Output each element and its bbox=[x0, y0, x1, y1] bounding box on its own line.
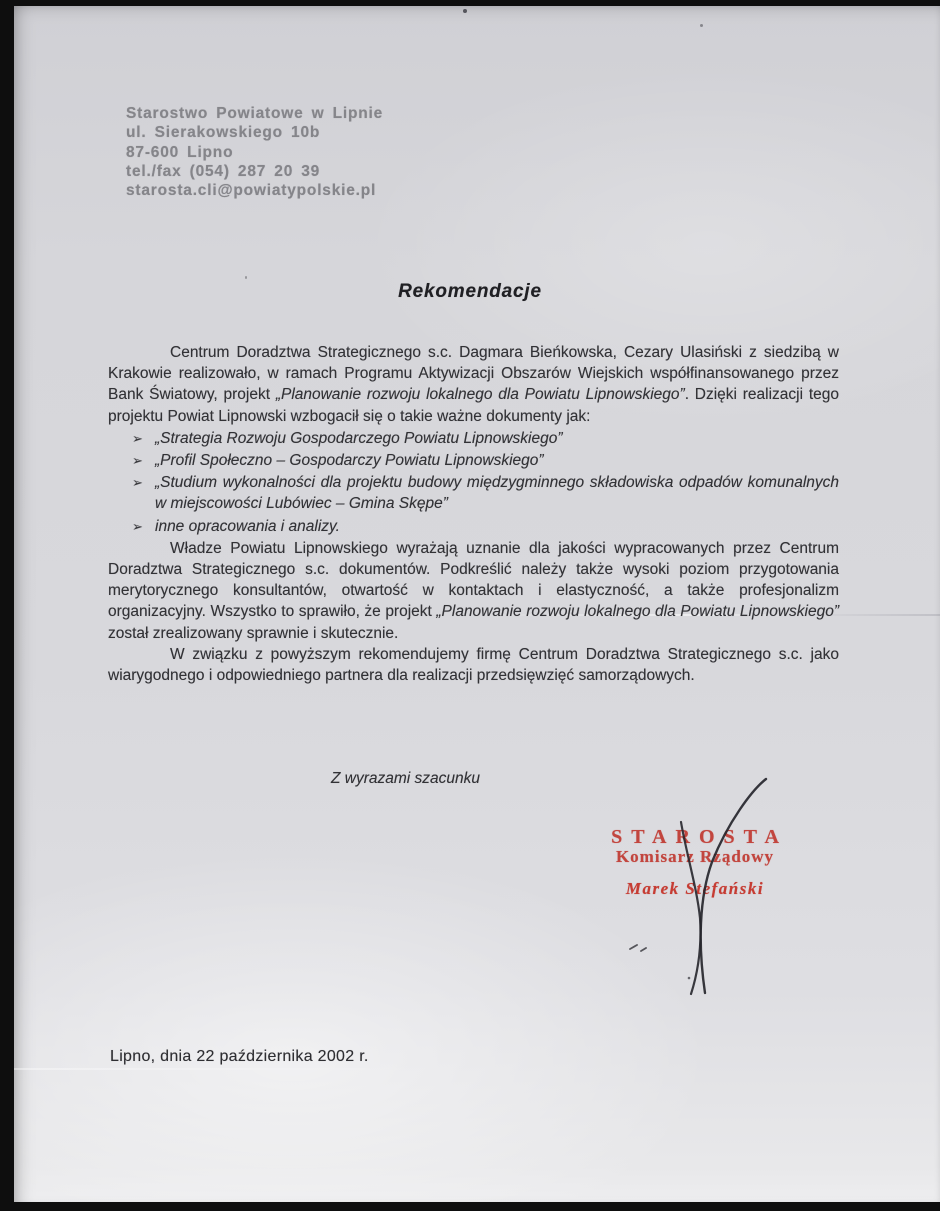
list-item: ➢„Profil Społeczno – Gospodarczy Powiatu… bbox=[132, 450, 839, 471]
letter-body: Centrum Doradztwa Strategicznego s.c. Da… bbox=[108, 342, 839, 686]
letterhead-city: 87-600 Lipno bbox=[126, 143, 383, 162]
text-run: „Strategia Rozwoju Gospodarczego Powiatu… bbox=[155, 430, 563, 447]
pen-dot bbox=[688, 977, 691, 980]
document-list: ➢„Strategia Rozwoju Gospodarczego Powiat… bbox=[132, 428, 839, 537]
text-run: „Planowanie rozwoju lokalnego dla Powiat… bbox=[436, 603, 839, 620]
dust-speck bbox=[700, 24, 703, 27]
letterhead-phone: tel./fax (054) 287 20 39 bbox=[126, 162, 383, 181]
letterhead: Starostwo Powiatowe w Lipnie ul. Sierako… bbox=[126, 104, 383, 200]
paper-crease bbox=[14, 1068, 434, 1070]
paragraph: Władze Powiatu Lipnowskiego wyrażają uzn… bbox=[108, 538, 839, 644]
list-item: ➢„Strategia Rozwoju Gospodarczego Powiat… bbox=[132, 428, 839, 449]
letterhead-street: ul. Sierakowskiego 10b bbox=[126, 123, 383, 142]
list-item-text: „Studium wykonalności dla projektu budow… bbox=[155, 472, 839, 514]
letterhead-email: starosta.cli@powiatypolskie.pl bbox=[126, 181, 383, 200]
arrow-bullet-icon: ➢ bbox=[132, 517, 146, 538]
list-item: ➢„Studium wykonalności dla projektu budo… bbox=[132, 472, 839, 514]
dust-speck bbox=[245, 276, 247, 279]
text-run: „Profil Społeczno – Gospodarczy Powiatu … bbox=[155, 452, 544, 469]
list-item-text: „Profil Społeczno – Gospodarczy Powiatu … bbox=[155, 450, 839, 471]
letter-title: Rekomendacje bbox=[0, 281, 940, 303]
arrow-bullet-icon: ➢ bbox=[132, 451, 146, 472]
paragraph: Centrum Doradztwa Strategicznego s.c. Da… bbox=[108, 342, 839, 427]
pen-mark bbox=[630, 945, 646, 951]
text-run: „Planowanie rozwoju lokalnego dla Powiat… bbox=[276, 386, 685, 403]
list-item: ➢inne opracowania i analizy. bbox=[132, 516, 839, 537]
date-line: Lipno, dnia 22 października 2002 r. bbox=[110, 1048, 369, 1066]
text-run: „Studium wykonalności dla projektu budow… bbox=[155, 474, 839, 512]
dust-speck bbox=[463, 9, 467, 13]
list-item-text: „Strategia Rozwoju Gospodarczego Powiatu… bbox=[155, 428, 839, 449]
arrow-bullet-icon: ➢ bbox=[132, 473, 146, 515]
arrow-bullet-icon: ➢ bbox=[132, 429, 146, 450]
text-run: został zrealizowany sprawnie i skuteczni… bbox=[108, 625, 398, 642]
text-run: W związku z powyższym rekomendujemy firm… bbox=[108, 646, 839, 684]
letterhead-org: Starostwo Powiatowe w Lipnie bbox=[126, 104, 383, 123]
list-item-text: inne opracowania i analizy. bbox=[155, 516, 839, 537]
handwritten-signature bbox=[600, 755, 810, 1005]
paragraph: W związku z powyższym rekomendujemy firm… bbox=[108, 644, 839, 686]
scanned-letter: { "letterhead": { "lines": [ "Starostwo … bbox=[0, 0, 940, 1211]
closing-phrase: Z wyrazami szacunku bbox=[331, 770, 480, 788]
text-run: inne opracowania i analizy. bbox=[155, 518, 340, 535]
